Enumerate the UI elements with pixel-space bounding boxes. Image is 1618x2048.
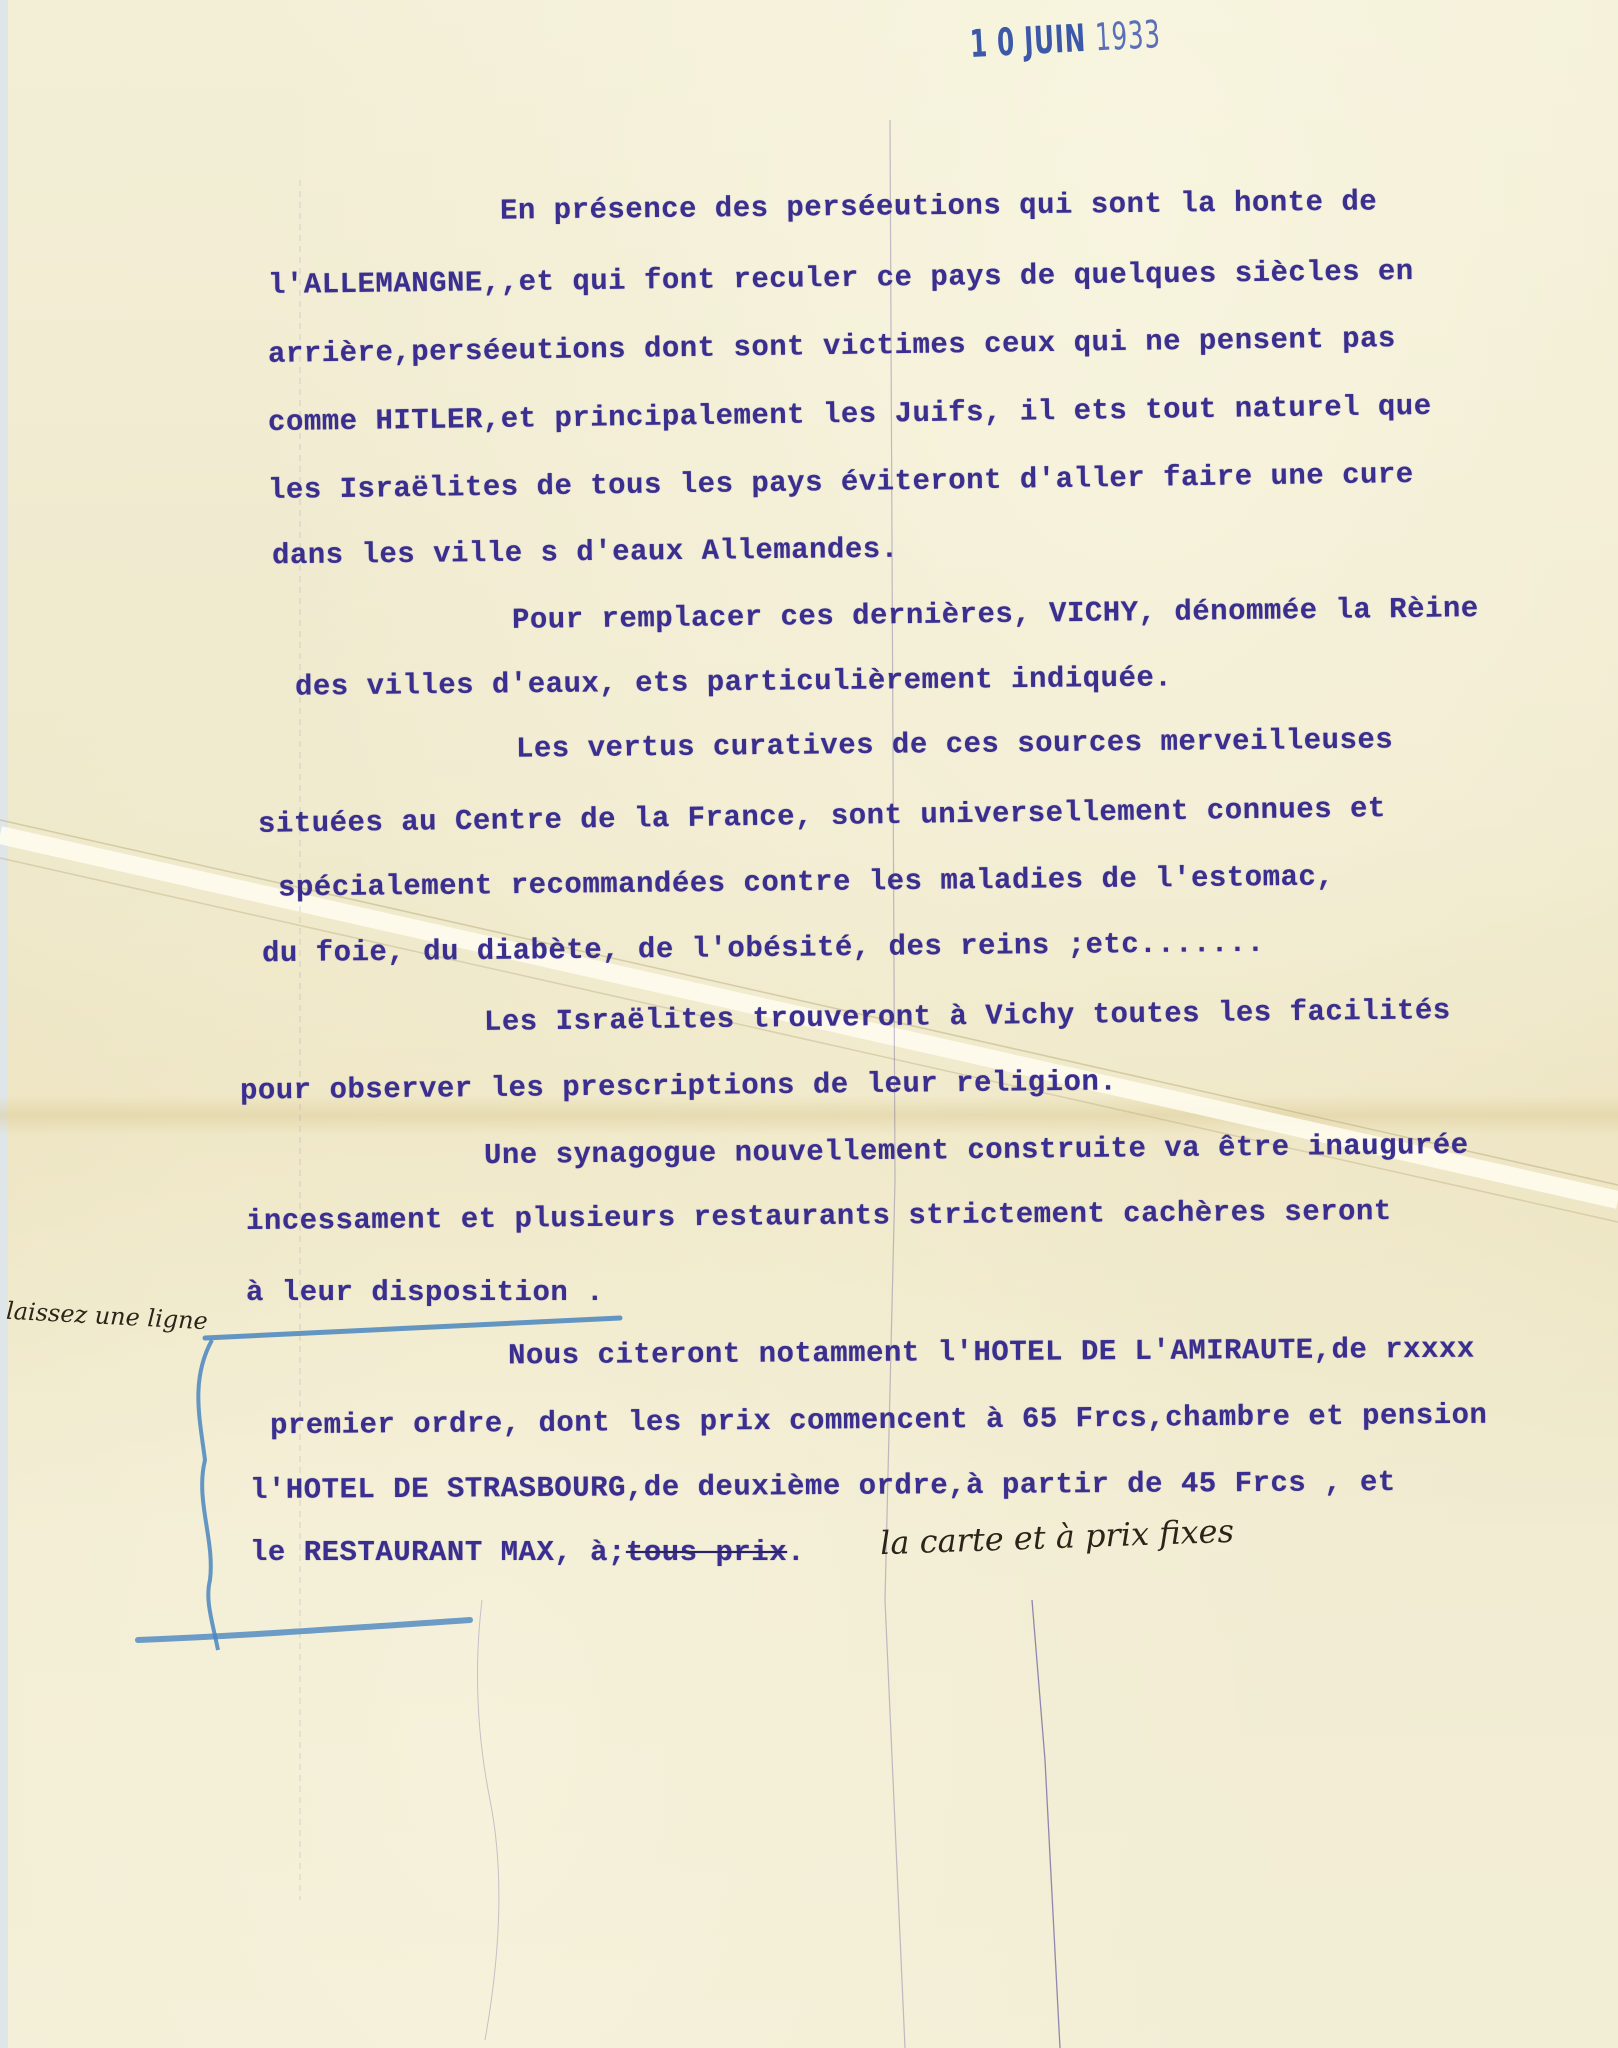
- text-line: spécialement recommandées contre les mal…: [278, 860, 1335, 904]
- text-line: à leur disposition .: [246, 1276, 604, 1309]
- text-line: dans les ville s d'eaux Allemandes.: [272, 533, 899, 573]
- text-line: arrière,perséeutions dont sont victimes …: [268, 322, 1396, 371]
- handwritten-correction: la carte et à prix fixes: [879, 1512, 1234, 1562]
- text-line: Pour remplacer ces dernières, VICHY, dén…: [512, 592, 1479, 637]
- margin-note-handwritten: laissez une ligne: [5, 1297, 208, 1336]
- text-line: du foie, du diabète, de l'obésité, des r…: [262, 927, 1265, 970]
- text-line: l'HOTEL DE STRASBOURG,de deuxième ordre,…: [250, 1466, 1396, 1507]
- struck-through-text: tous prix: [626, 1536, 787, 1569]
- date-stamp: 1 0 JUIN 1933: [969, 12, 1162, 66]
- stamp-day: 1 0: [969, 20, 1016, 66]
- stamp-month: JUIN: [1023, 16, 1087, 63]
- text-line: Les vertus curatives de ces sources merv…: [516, 723, 1394, 765]
- document-page: 1 0 JUIN 1933 En présence des perséeutio…: [0, 0, 1618, 2048]
- text-line: Nous citeront notamment l'HOTEL DE L'AMI…: [508, 1333, 1475, 1373]
- text-line: comme HITLER,et principalement les Juifs…: [268, 390, 1432, 439]
- stamp-year: 1933: [1094, 12, 1162, 59]
- text-line: Les Israëlites trouveront à Vichy toutes…: [484, 994, 1451, 1039]
- text-line: l'ALLEMANGNE,,et qui font reculer ce pay…: [268, 255, 1414, 302]
- text-line: les Israëlites de tous les pays éviteron…: [268, 458, 1414, 507]
- typed-text: le RESTAURANT MAX, à;: [250, 1536, 626, 1569]
- text-line-last: le RESTAURANT MAX, à;tous prix.: [250, 1536, 805, 1569]
- text-line: situées au Centre de la France, sont uni…: [258, 792, 1386, 841]
- text-line: En présence des perséeutions qui sont la…: [500, 185, 1378, 227]
- text-line: Une synagogue nouvellement construite va…: [484, 1129, 1469, 1172]
- text-line: incessament et plusieurs restaurants str…: [246, 1195, 1392, 1238]
- scan-edge: [0, 0, 8, 2048]
- text-line: des villes d'eaux, ets particulièrement …: [295, 661, 1173, 703]
- text-line: premier ordre, dont les prix commencent …: [270, 1399, 1488, 1443]
- typed-period: .: [787, 1536, 805, 1569]
